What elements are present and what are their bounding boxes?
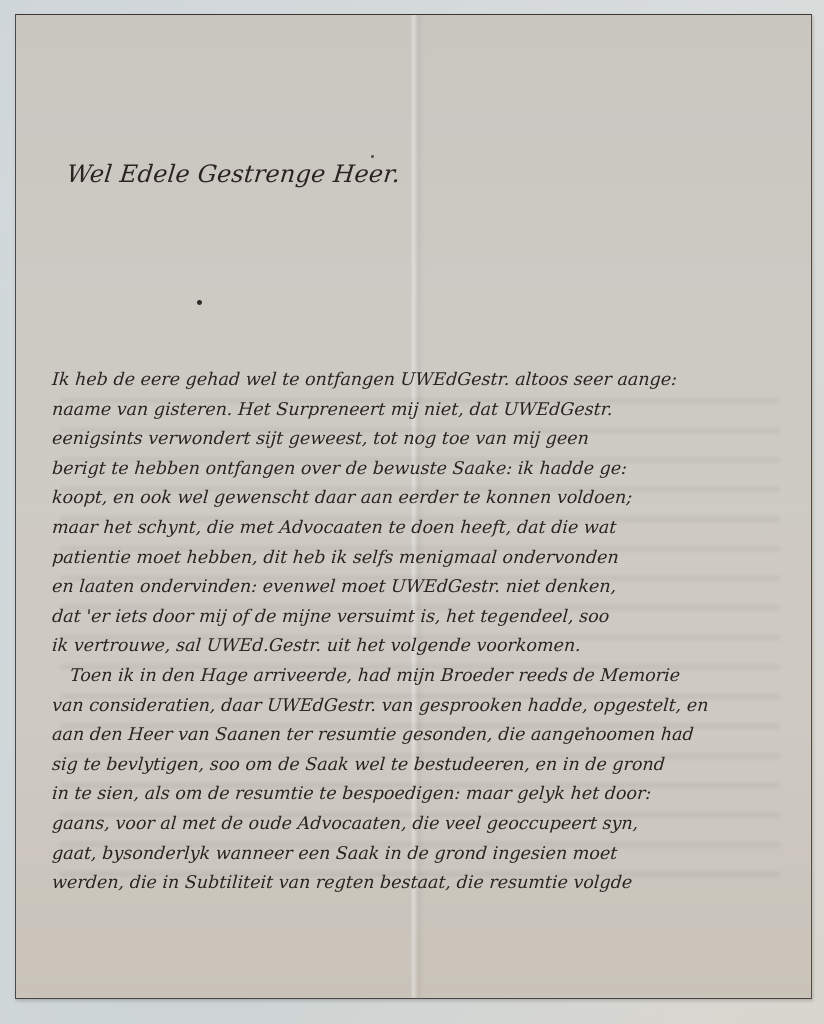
letter-line: en laaten ondervinden: evenwel moet UWEd… <box>51 573 793 603</box>
letter-line: patientie moet hebben, dit heb ik selfs … <box>51 544 793 574</box>
letter-line: aan den Heer van Saanen ter resumtie ges… <box>51 721 793 751</box>
letter-line: eenigsints verwondert sijt geweest, tot … <box>51 425 793 455</box>
letter-salutation: Wel Edele Gestrenge Heer. <box>66 160 402 188</box>
letter-line: berigt te hebben ontfangen over de bewus… <box>51 455 793 485</box>
letter-line: van consideratien, daar UWEdGestr. van g… <box>51 692 793 722</box>
letter-line: ik vertrouwe, sal UWEd.Gestr. uit het vo… <box>51 632 793 662</box>
ink-speck <box>371 155 374 158</box>
letter-line: maar het schynt, die met Advocaaten te d… <box>51 514 793 544</box>
letter-line: in te sien, als om de resumtie te bespoe… <box>51 780 793 810</box>
letter-line: naame van gisteren. Het Surpreneert mij … <box>51 396 793 426</box>
paragraph-start-line: Toen ik in den Hage arriveerde, had mijn… <box>51 662 793 692</box>
letter-line: dat 'er iets door mij of de mijne versui… <box>51 603 793 633</box>
letter-line: Ik heb de eere gehad wel te ontfangen UW… <box>51 366 793 396</box>
letter-line: gaans, voor al met de oude Advocaaten, d… <box>51 810 793 840</box>
letter-body: Ik heb de eere gehad wel te ontfangen UW… <box>52 366 792 899</box>
ink-speck <box>197 300 202 305</box>
letter-line: werden, die in Subtiliteit van regten be… <box>51 869 793 899</box>
letter-line: koopt, en ook wel gewenscht daar aan eer… <box>51 484 793 514</box>
letter-line: gaat, bysonderlyk wanneer een Saak in de… <box>51 840 793 870</box>
letter-line: sig te bevlytigen, soo om de Saak wel te… <box>51 751 793 781</box>
